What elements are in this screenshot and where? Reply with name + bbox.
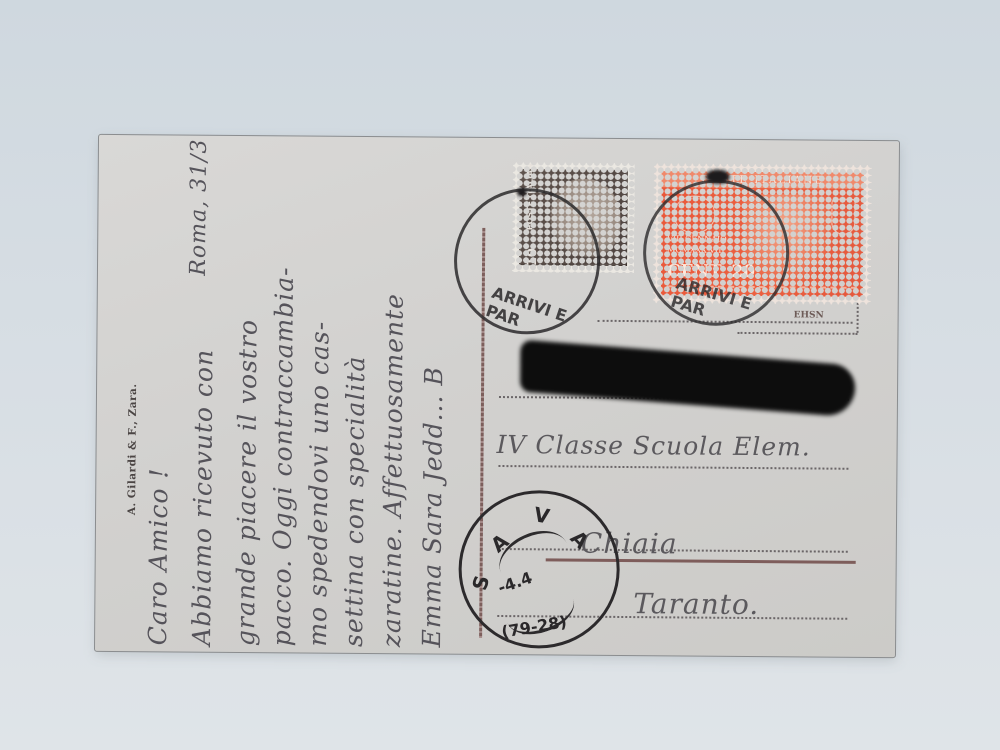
- place-date: Roma, 31/3: [186, 138, 212, 275]
- publisher-imprint: A. Gilardi & F., Zara.: [126, 383, 139, 515]
- message-line: mo spedendovi uno cas-: [303, 321, 335, 647]
- address-line-2: IV Classe Scuola Elem.: [497, 430, 811, 461]
- postmark-arrivi-2: ARRIVI E PAR: [643, 179, 790, 326]
- message-line: Emma Sara Jedd... B: [417, 366, 448, 648]
- postmark-sava: S A V A -4.4 (79-28): [458, 490, 620, 649]
- postmark-text: ARRIVI E PAR: [669, 273, 789, 342]
- stamp-box-border: [857, 303, 859, 333]
- message-line: pacco. Oggi contraccambia-: [267, 266, 299, 646]
- postcard: A. Gilardi & F., Zara. Caro Amico ! Abbi…: [94, 134, 900, 658]
- message-line: Abbiamo ricevuto con: [187, 349, 218, 646]
- stamp-imprint: EHSN: [794, 310, 824, 320]
- message-line: settina con specialità: [339, 356, 370, 647]
- postmark-arrivi-1: ARRIVI E PAR: [453, 188, 600, 335]
- message-line: grande piacere il vostro: [231, 319, 263, 646]
- address-line: [498, 465, 848, 470]
- savoy-crest-icon: [831, 199, 855, 235]
- message-line: zaratine. Affettuosamente: [377, 293, 409, 647]
- ink-blot: [706, 170, 730, 184]
- ink-blot: [517, 188, 527, 196]
- redacted-name: [520, 339, 855, 417]
- address-line-4: Taranto.: [633, 587, 759, 621]
- message-line: Caro Amico !: [143, 467, 173, 645]
